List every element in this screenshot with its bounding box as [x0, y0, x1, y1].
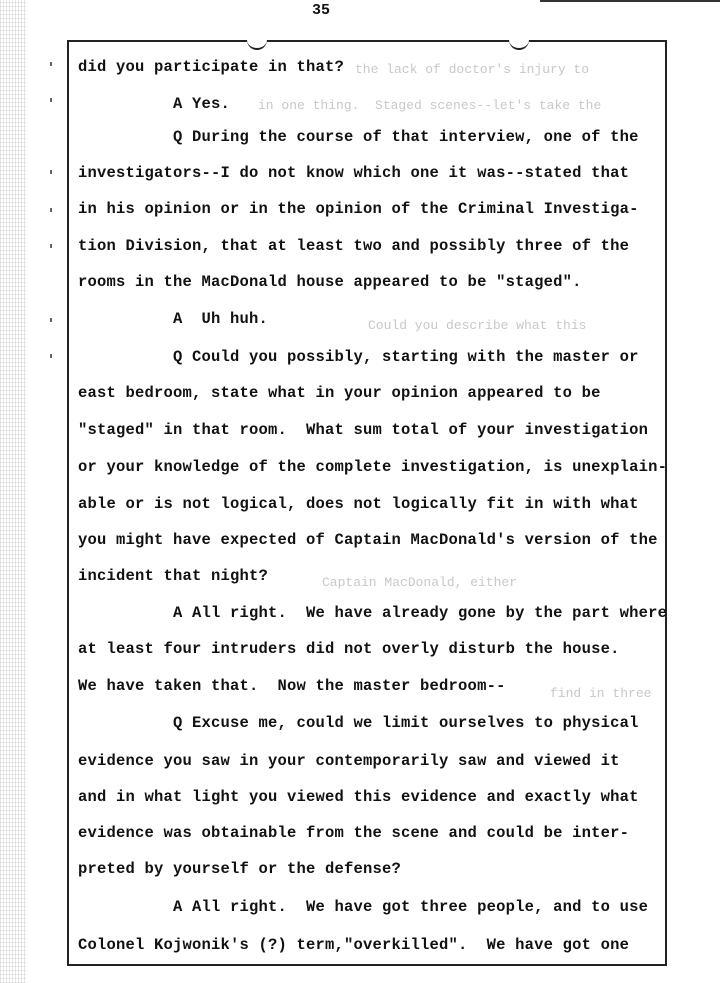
transcript-line: did you participate in that? — [78, 58, 344, 76]
transcript-line: Q Excuse me, could we limit ourselves to… — [78, 714, 639, 732]
transcript-line: at least four intruders did not overly d… — [78, 640, 620, 658]
transcript-line: rooms in the MacDonald house appeared to… — [78, 273, 582, 291]
transcript-line: Q During the course of that interview, o… — [78, 128, 639, 146]
transcript-line: incident that night? — [78, 567, 268, 585]
margin-mark — [50, 244, 52, 248]
transcript-line: east bedroom, state what in your opinion… — [78, 384, 601, 402]
transcript-line: A Yes. — [78, 95, 230, 113]
margin-mark — [50, 98, 52, 102]
transcript-line: tion Division, that at least two and pos… — [78, 237, 629, 255]
margin-mark — [50, 354, 52, 358]
transcript-line: investigators--I do not know which one i… — [78, 164, 629, 182]
transcript-line: evidence you saw in your contemporarily … — [78, 752, 620, 770]
transcript-line: We have taken that. Now the master bedro… — [78, 677, 506, 695]
transcript-line: A Uh huh. — [78, 310, 268, 328]
bleed-through-text: the lack of doctor's injury to — [355, 62, 589, 77]
scan-edge-noise — [0, 0, 26, 983]
transcript-line: Colonel Kojwonik's (?) term,"overkilled"… — [78, 936, 629, 954]
page-number: 35 — [312, 2, 330, 19]
transcript-line: or your knowledge of the complete invest… — [78, 458, 667, 476]
binder-notch — [247, 40, 267, 50]
margin-mark — [50, 208, 52, 212]
transcript-line: able or is not logical, does not logical… — [78, 495, 639, 513]
transcript-line: A All right. We have already gone by the… — [78, 604, 667, 622]
bleed-through-text: Could you describe what this — [368, 318, 586, 333]
margin-mark — [50, 62, 52, 66]
binder-notch — [509, 40, 529, 50]
page-top-edge — [540, 0, 720, 2]
transcript-line: Q Could you possibly, starting with the … — [78, 348, 639, 366]
transcript-line: A All right. We have got three people, a… — [78, 898, 648, 916]
margin-mark — [50, 170, 52, 174]
transcript-line: you might have expected of Captain MacDo… — [78, 531, 658, 549]
transcript-line: evidence was obtainable from the scene a… — [78, 824, 629, 842]
bleed-through-text: find in three — [550, 686, 651, 701]
transcript-line: and in what light you viewed this eviden… — [78, 788, 639, 806]
bleed-through-text: Captain MacDonald, either — [322, 575, 517, 590]
transcript-line: preted by yourself or the defense? — [78, 860, 401, 878]
transcript-line: in his opinion or in the opinion of the … — [78, 200, 639, 218]
bleed-through-text: in one thing. Staged scenes--let's take … — [258, 98, 601, 113]
transcript-line: "staged" in that room. What sum total of… — [78, 421, 648, 439]
margin-mark — [50, 318, 52, 322]
